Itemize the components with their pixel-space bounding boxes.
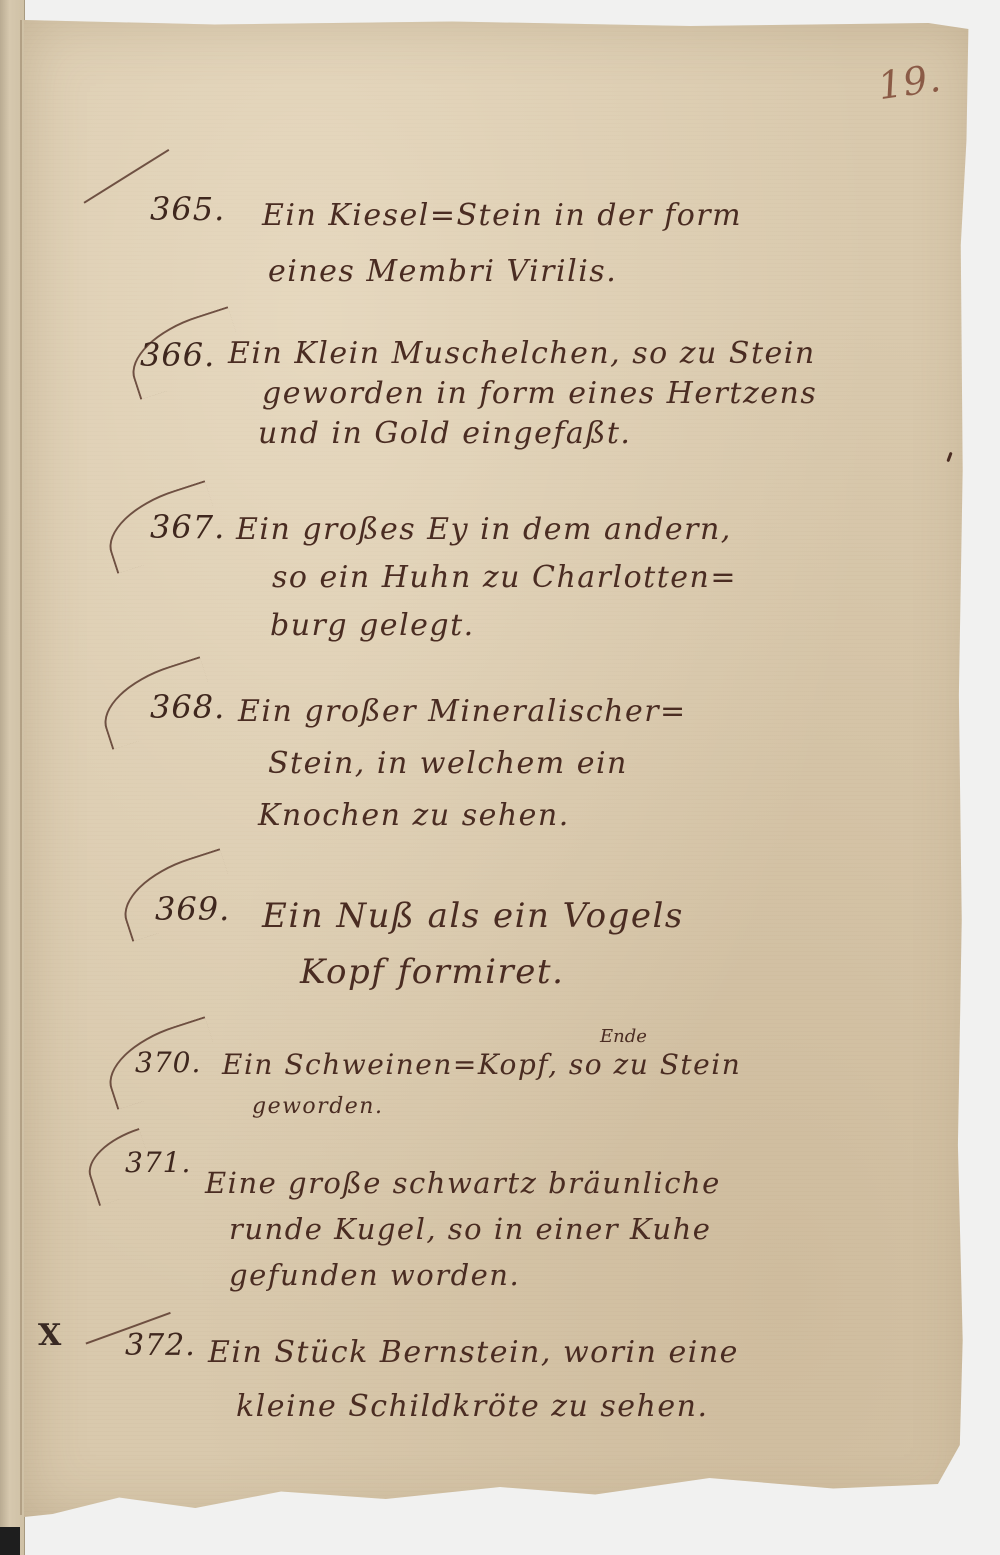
entry-line: runde Kugel, so in einer Kuhe: [205, 1206, 721, 1252]
entry-line: Stein, in welchem ein: [238, 738, 687, 790]
entry-line: burg gelegt.: [236, 602, 737, 650]
entry-line: eines Membri Virilis.: [262, 244, 742, 300]
entry-number: 368.: [150, 688, 225, 726]
entry-number: 366.: [140, 336, 215, 374]
entry-line: Ein Kiesel=Stein in der form: [262, 188, 742, 244]
entry-line: Ein Nuß als ein Vogels: [262, 888, 684, 944]
entry-number: 370.: [135, 1046, 201, 1079]
entry-number: 365.: [150, 190, 225, 228]
margin-x-mark: X: [38, 1318, 61, 1353]
entry-text: Ein Kiesel=Stein in der form eines Membr…: [262, 188, 742, 300]
entry-line: und in Gold eingefaßt.: [228, 414, 817, 454]
scan-shadow: [0, 1527, 20, 1555]
entry-number: 367.: [150, 508, 225, 546]
entry-line: Ein Schweinen=Kopf, so zu Stein: [222, 1044, 741, 1086]
entry-line: Ein Stück Bernstein, worin eine: [208, 1326, 739, 1380]
entry-text: Ein Nuß als ein Vogels Kopf formiret.: [262, 888, 684, 1000]
page-number: 19.: [875, 56, 944, 108]
entry-number: 369.: [155, 890, 230, 928]
document-scan: 19. 365. Ein Kiesel=Stein in der form ei…: [0, 0, 1000, 1555]
entry-line: Ein großes Ey in dem andern,: [236, 506, 737, 554]
entry-line: Ein Klein Muschelchen, so zu Stein: [228, 334, 817, 374]
entry-line: geworden.: [222, 1086, 741, 1128]
entry-line: kleine Schildkröte zu sehen.: [208, 1380, 739, 1434]
entry-line: Ein großer Mineralischer=: [238, 686, 687, 738]
entry-line: Kopf formiret.: [262, 944, 684, 1000]
entry-text: Ein Schweinen=Kopf, so zu Stein geworden…: [222, 1044, 741, 1128]
entry-line: geworden in form eines Hertzens: [228, 374, 817, 414]
entry-text: Ein Stück Bernstein, worin eine kleine S…: [208, 1326, 739, 1434]
entry-line: Knochen zu sehen.: [238, 790, 687, 842]
entry-line: Eine große schwartz bräunliche: [205, 1160, 721, 1206]
fold-line: [20, 20, 22, 1515]
entry-text: Ein großer Mineralischer= Stein, in welc…: [238, 686, 687, 842]
entry-text: Ein großes Ey in dem andern, so ein Huhn…: [236, 506, 737, 650]
entry-line: gefunden worden.: [205, 1252, 721, 1298]
entry-number: 371.: [125, 1146, 191, 1179]
entry-text: Eine große schwartz bräunliche runde Kug…: [205, 1160, 721, 1298]
entry-line: so ein Huhn zu Charlotten=: [236, 554, 737, 602]
entry-text: Ein Klein Muschelchen, so zu Stein gewor…: [228, 334, 817, 454]
entry-number: 372.: [125, 1328, 196, 1363]
